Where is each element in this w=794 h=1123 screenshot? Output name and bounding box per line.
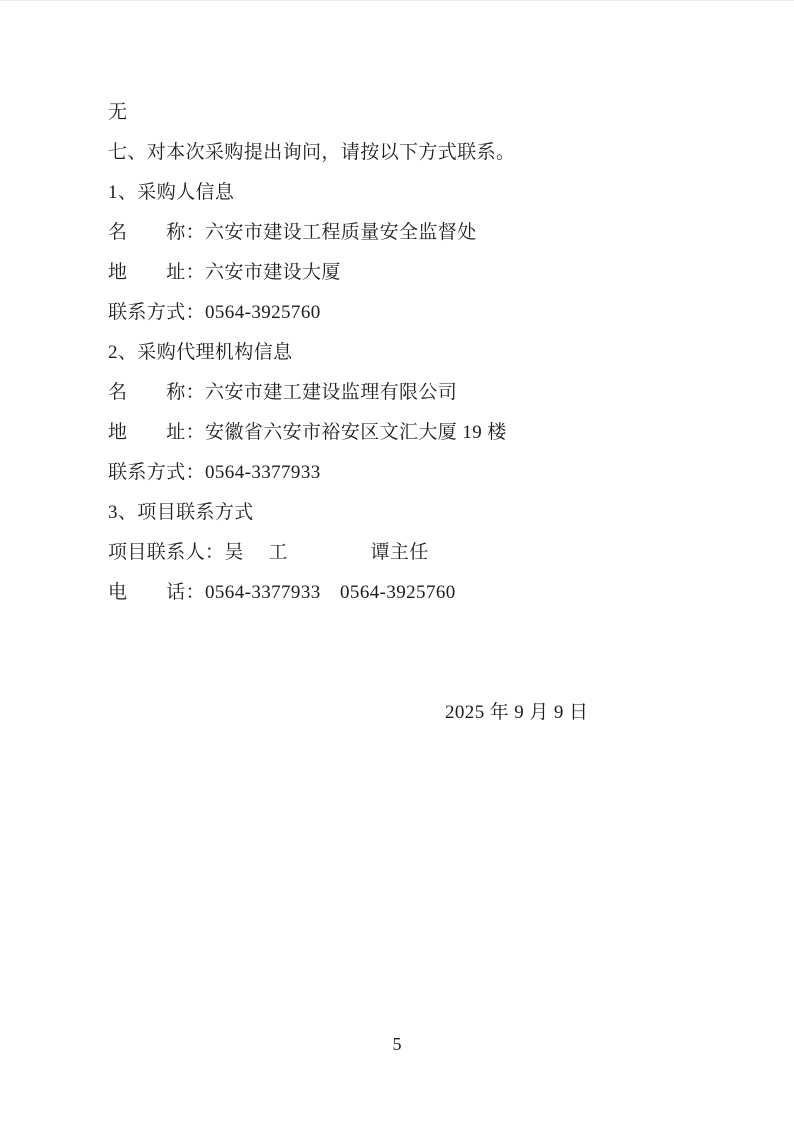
line-project-contact-phones: 电 话：0564-3377933 0564-3925760 bbox=[108, 573, 724, 613]
line-purchaser-name: 名 称：六安市建设工程质量安全监督处 bbox=[108, 213, 724, 253]
page-number: 5 bbox=[0, 1034, 794, 1054]
line-agency-address: 地 址：安徽省六安市裕安区文汇大厦 19 楼 bbox=[108, 413, 724, 453]
line-purchaser-contact: 联系方式：0564-3925760 bbox=[108, 293, 724, 333]
line-purchaser-info-heading: 1、采购人信息 bbox=[108, 173, 724, 213]
document-page: 无 七、对本次采购提出询问，请按以下方式联系。 1、采购人信息 名 称：六安市建… bbox=[0, 0, 794, 1123]
line-project-contact-persons: 项目联系人：吴 工 谭主任 bbox=[108, 533, 724, 573]
date-line: 2025 年 9 月 9 日 bbox=[108, 693, 724, 733]
line-agency-info-heading: 2、采购代理机构信息 bbox=[108, 333, 724, 373]
line-agency-contact: 联系方式：0564-3377933 bbox=[108, 453, 724, 493]
line-purchaser-address: 地 址：六安市建设大厦 bbox=[108, 253, 724, 293]
document-body: 无 七、对本次采购提出询问，请按以下方式联系。 1、采购人信息 名 称：六安市建… bbox=[108, 93, 724, 733]
line-agency-name: 名 称：六安市建工建设监理有限公司 bbox=[108, 373, 724, 413]
line-none-value: 无 bbox=[108, 93, 724, 133]
line-project-contact-heading: 3、项目联系方式 bbox=[108, 493, 724, 533]
line-section-7-heading: 七、对本次采购提出询问，请按以下方式联系。 bbox=[108, 133, 724, 173]
